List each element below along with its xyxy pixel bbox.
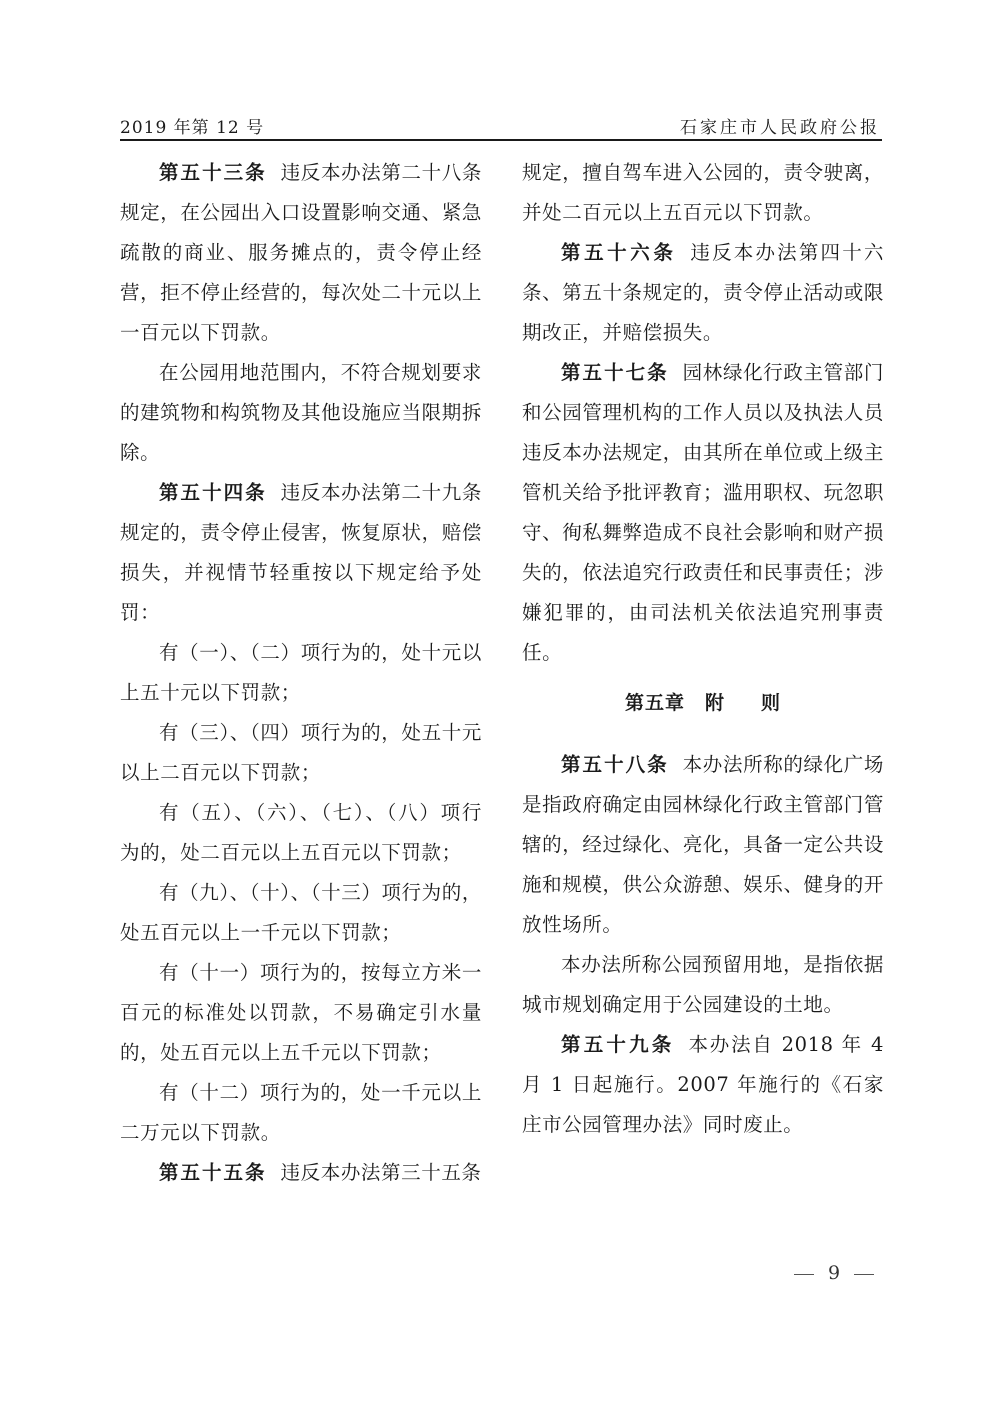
- paragraph-text: 有（三）、（四）项行为的，处五十元以上二百元以下罚款；: [120, 721, 482, 784]
- paragraph-text: 有（十一）项行为的，按每立方米一百元的标准处以罚款，不易确定引水量的，处五百元以…: [120, 961, 482, 1064]
- article-55-continuation: 规定，擅自驾车进入公园的，责令驶离，并处二百元以上五百元以下罚款。: [522, 153, 884, 233]
- penalty-item: 有（五）、（六）、（七）、（八）项行为的，处二百元以上五百元以下罚款；: [120, 793, 482, 873]
- page-number: 9: [780, 1262, 900, 1284]
- issue-label: 2019 年第 12 号: [120, 113, 264, 138]
- dash-decoration: [794, 1274, 814, 1275]
- paragraph-text: 有（一）、（二）项行为的，处十元以上五十元以下罚款；: [120, 641, 482, 704]
- article-text: 园林绿化行政主管部门和公园管理机构的工作人员以及执法人员违反本办法规定，由其所在…: [522, 361, 884, 664]
- publication-title: 石家庄市人民政府公报: [680, 113, 880, 138]
- dash-decoration: [854, 1274, 874, 1275]
- penalty-item: 有（十一）项行为的，按每立方米一百元的标准处以罚款，不易确定引水量的，处五百元以…: [120, 953, 482, 1073]
- running-header: 2019 年第 12 号 石家庄市人民政府公报: [120, 113, 880, 139]
- chapter-number: 第五章: [625, 692, 685, 714]
- article-57: 第五十七条园林绿化行政主管部门和公园管理机构的工作人员以及执法人员违反本办法规定…: [522, 353, 884, 673]
- chapter-title-part: 则: [761, 692, 781, 714]
- article-58: 第五十八条本办法所称的绿化广场是指政府确定由园林绿化行政主管部门管辖的，经过绿化…: [522, 745, 884, 945]
- article-number: 第五十五条: [159, 1161, 267, 1184]
- article-number: 第五十七条: [561, 361, 669, 384]
- article-number: 第五十三条: [159, 161, 267, 184]
- article-number: 第五十九条: [561, 1033, 674, 1056]
- penalty-item: 有（三）、（四）项行为的，处五十元以上二百元以下罚款；: [120, 713, 482, 793]
- penalty-item: 有（九）、（十）、（十三）项行为的，处五百元以上一千元以下罚款；: [120, 873, 482, 953]
- article-number: 第五十八条: [561, 753, 669, 776]
- article-55: 第五十五条违反本办法第三十五条: [120, 1153, 482, 1193]
- header-rule: [120, 139, 882, 141]
- paragraph-text: 在公园用地范围内，不符合规划要求的建筑物和构筑物及其他设施应当限期拆除。: [120, 361, 482, 464]
- chapter-heading: 第五章附则: [522, 683, 884, 723]
- paragraph: 本办法所称公园预留用地，是指依据城市规划确定用于公园建设的土地。: [522, 945, 884, 1025]
- penalty-item: 有（十二）项行为的，处一千元以上二万元以下罚款。: [120, 1073, 482, 1153]
- paragraph-text: 有（五）、（六）、（七）、（八）项行为的，处二百元以上五百元以下罚款；: [120, 801, 482, 864]
- paragraph-text: 规定，擅自驾车进入公园的，责令驶离，并处二百元以上五百元以下罚款。: [522, 161, 884, 224]
- page-number-value: 9: [828, 1262, 840, 1284]
- article-53: 第五十三条违反本办法第二十八条规定，在公园出入口设置影响交通、紧急疏散的商业、服…: [120, 153, 482, 353]
- paragraph-text: 有（九）、（十）、（十三）项行为的，处五百元以上一千元以下罚款；: [120, 881, 482, 944]
- article-number: 第五十四条: [159, 481, 267, 504]
- paragraph-text: 本办法所称公园预留用地，是指依据城市规划确定用于公园建设的土地。: [522, 953, 884, 1016]
- article-text: 违反本办法第三十五条: [281, 1161, 482, 1184]
- article-54: 第五十四条违反本办法第二十九条规定的，责令停止侵害，恢复原状，赔偿损失，并视情节…: [120, 473, 482, 633]
- article-56: 第五十六条违反本办法第四十六条、第五十条规定的，责令停止活动或限期改正，并赔偿损…: [522, 233, 884, 353]
- article-59: 第五十九条本办法自 2018 年 4 月 1 日起施行。2007 年施行的《石家…: [522, 1025, 884, 1145]
- penalty-item: 有（一）、（二）项行为的，处十元以上五十元以下罚款；: [120, 633, 482, 713]
- article-text: 违反本办法第二十八条规定，在公园出入口设置影响交通、紧急疏散的商业、服务摊点的，…: [120, 161, 482, 344]
- right-column: 规定，擅自驾车进入公园的，责令驶离，并处二百元以上五百元以下罚款。 第五十六条违…: [522, 153, 884, 1145]
- paragraph-text: 有（十二）项行为的，处一千元以上二万元以下罚款。: [120, 1081, 482, 1144]
- left-column: 第五十三条违反本办法第二十八条规定，在公园出入口设置影响交通、紧急疏散的商业、服…: [120, 153, 482, 1193]
- article-text: 本办法所称的绿化广场是指政府确定由园林绿化行政主管部门管辖的，经过绿化、亮化，具…: [522, 753, 884, 936]
- paragraph: 在公园用地范围内，不符合规划要求的建筑物和构筑物及其他设施应当限期拆除。: [120, 353, 482, 473]
- chapter-title-part: 附: [705, 692, 725, 714]
- article-number: 第五十六条: [561, 241, 676, 264]
